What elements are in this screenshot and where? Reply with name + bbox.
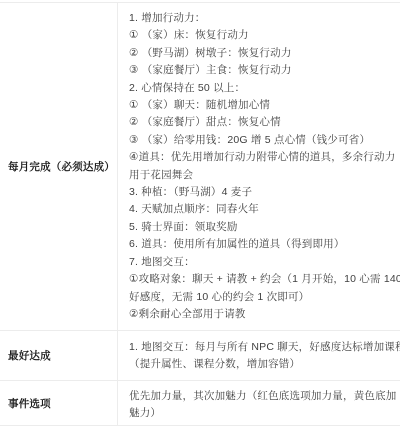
content-line: ①攻略对象：聊天 + 请教 + 约会（1 月开始，10 心需 140 — [129, 271, 396, 288]
guide-table: 每月完成（必须达成） 1. 增加行动力：① （家）床：恢复行动力② （野马湖）树… — [0, 2, 400, 426]
content-line: ① （家）聊天：随机增加心情 — [129, 97, 396, 114]
content-line: （提升属性、课程分数，增加容错） — [129, 356, 396, 373]
content-line: ② （家庭餐厅）甜点：恢复心情 — [129, 114, 396, 131]
content-line: 6. 道具：使用所有加属性的道具（得到即用） — [129, 236, 396, 253]
row-label-cell: 最好达成 — [0, 331, 118, 380]
content-line: ④道具：优先用增加行动力附带心情的道具，多余行动力 — [129, 149, 396, 166]
row-label: 事件选项 — [8, 396, 51, 411]
content-line: 4. 天赋加点顺序：同春火年 — [129, 201, 396, 218]
content-line: 1. 地图交互：每月与所有 NPC 聊天，好感度达标增加课程 — [129, 339, 396, 356]
content-line: ③ （家庭餐厅）主食：恢复行动力 — [129, 62, 396, 79]
row-label-cell: 事件选项 — [0, 381, 118, 425]
content-line: ③ （家）给零用钱：20G 增 5 点心情（钱少可省） — [129, 132, 396, 149]
row-label-cell: 每月完成（必须达成） — [0, 3, 118, 330]
content-line: 3. 种植：（野马湖）4 麦子 — [129, 184, 396, 201]
content-line: ②剩余耐心全部用于请教 — [129, 306, 396, 323]
content-line: 用于花园舞会 — [129, 167, 396, 184]
table-row: 每月完成（必须达成） 1. 增加行动力：① （家）床：恢复行动力② （野马湖）树… — [0, 3, 400, 331]
table-row: 最好达成 1. 地图交互：每月与所有 NPC 聊天，好感度达标增加课程（提升属性… — [0, 331, 400, 381]
content-line: 7. 地图交互： — [129, 254, 396, 271]
row-label: 每月完成（必须达成） — [8, 159, 115, 174]
table-row: 事件选项 优先加力量，其次加魅力（红色底选项加力量，黄色底加魅力） — [0, 381, 400, 426]
content-line: ② （野马湖）树墩子：恢复行动力 — [129, 45, 396, 62]
content-line: 2. 心情保持在 50 以上： — [129, 80, 396, 97]
content-line: 优先加力量，其次加魅力（红色底选项加力量，黄色底加 — [129, 388, 396, 405]
row-content-cell: 1. 增加行动力：① （家）床：恢复行动力② （野马湖）树墩子：恢复行动力③ （… — [118, 3, 400, 330]
content-line: ① （家）床：恢复行动力 — [129, 27, 396, 44]
content-line: 魅力） — [129, 405, 396, 422]
content-line: 好感度，无需 10 心的约会 1 次即可） — [129, 289, 396, 306]
content-line: 5. 骑士界面：领取奖励 — [129, 219, 396, 236]
row-label: 最好达成 — [8, 348, 51, 363]
row-content-cell: 1. 地图交互：每月与所有 NPC 聊天，好感度达标增加课程（提升属性、课程分数… — [118, 331, 400, 380]
page: 每月完成（必须达成） 1. 增加行动力：① （家）床：恢复行动力② （野马湖）树… — [0, 0, 400, 426]
content-line: 1. 增加行动力： — [129, 10, 396, 27]
row-content-cell: 优先加力量，其次加魅力（红色底选项加力量，黄色底加魅力） — [118, 381, 400, 425]
